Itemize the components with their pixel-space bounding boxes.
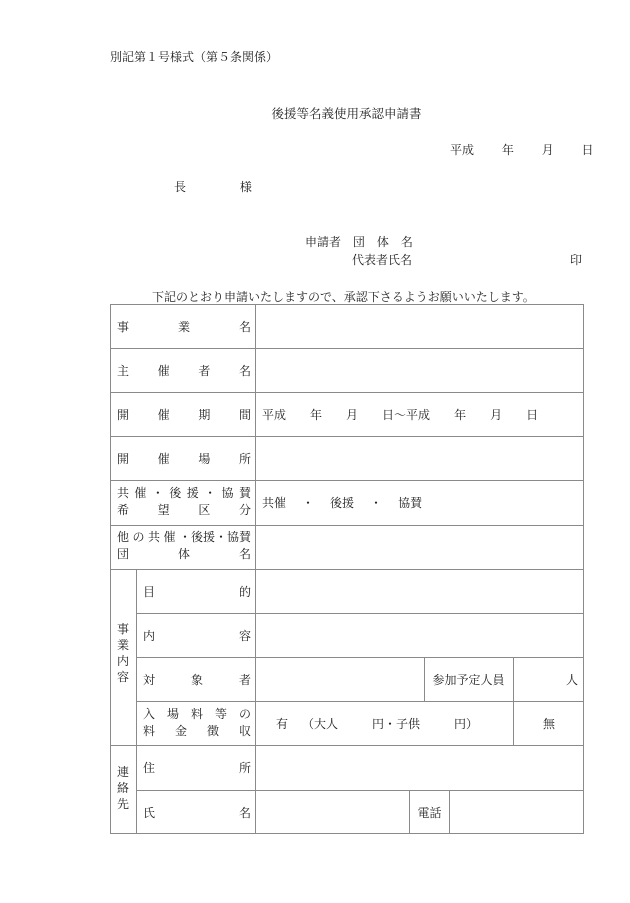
date-day: 日: [582, 141, 594, 158]
other-orgs-field[interactable]: [258, 525, 582, 569]
fee-yes-option[interactable]: 有 （大人 円・子供 円）: [276, 701, 512, 745]
addressee-honorific: 様: [240, 180, 252, 194]
label-event-name: 事 業 名: [117, 304, 251, 348]
label-contact-group: 連 絡 先: [115, 764, 131, 812]
applicant-org-line: 申請者 団 体 名: [305, 233, 413, 250]
option-cosponsor[interactable]: 共催: [262, 494, 286, 511]
date-year: 年: [502, 141, 514, 158]
label-period: 開 催 期 間: [117, 392, 251, 436]
intro-text: 下記のとおり申請いたしますので、承認下さるようお願いいたします。: [152, 288, 535, 305]
label-purpose: 目 的: [143, 569, 251, 613]
option-support[interactable]: 後援: [330, 494, 354, 511]
applicant-label: 申請者: [305, 235, 341, 249]
application-date: 平成 年 月 日: [450, 141, 594, 158]
label-phone: 電話: [410, 790, 449, 834]
fee-no-option[interactable]: 無: [514, 701, 584, 745]
label-expected-participants: 参加予定人員: [424, 657, 513, 701]
representative-name-label: 代表者氏名: [352, 251, 412, 268]
label-venue: 開 催 場 所: [117, 436, 251, 480]
group-column-divider: [136, 569, 137, 834]
label-content: 内 容: [143, 613, 251, 657]
support-type-options: 共催 ・ 後援 ・ 協賛: [262, 480, 582, 525]
addressee-title: 長: [174, 180, 186, 194]
period-field[interactable]: 平成 年 月 日〜平成 年 月 日: [262, 392, 582, 436]
addressee: 長 様: [174, 178, 252, 195]
date-month: 月: [542, 141, 554, 158]
seal-mark: 印: [570, 251, 582, 268]
organizer-field[interactable]: [258, 348, 582, 392]
label-organizer: 主 催 者 名: [117, 348, 251, 392]
label-column-divider: [255, 304, 256, 834]
org-name-label: 団 体 名: [353, 235, 413, 249]
purpose-field[interactable]: [258, 569, 582, 613]
document-title: 後援等名義使用承認申請書: [0, 104, 630, 122]
label-fee: 入 場 料 等 の 料 金 徴 収: [143, 706, 251, 740]
venue-field[interactable]: [258, 436, 582, 480]
participants-unit[interactable]: 人: [515, 657, 578, 701]
label-address: 住 所: [143, 745, 251, 790]
label-other-orgs: 他 の 共 催 ・後援・協賛 団 体 名: [117, 529, 251, 563]
phone-value-divider: [449, 790, 450, 834]
phone-field[interactable]: [451, 790, 582, 834]
label-event-content-group: 事 業 内 容: [115, 621, 131, 685]
form-id: 別記第１号様式（第５条関係）: [110, 48, 278, 65]
content-field[interactable]: [258, 613, 582, 657]
event-name-field[interactable]: [258, 304, 582, 348]
date-era: 平成: [450, 141, 474, 158]
address-field[interactable]: [258, 745, 582, 790]
option-sponsorship[interactable]: 協賛: [398, 494, 422, 511]
label-contact-name: 氏 名: [143, 790, 251, 834]
label-target: 対 象 者: [143, 657, 251, 701]
contact-name-field[interactable]: [258, 790, 407, 834]
label-support-type: 共 催 ・ 後 援 ・ 協 賛 希 望 区 分: [117, 485, 251, 519]
target-field[interactable]: [258, 657, 422, 701]
